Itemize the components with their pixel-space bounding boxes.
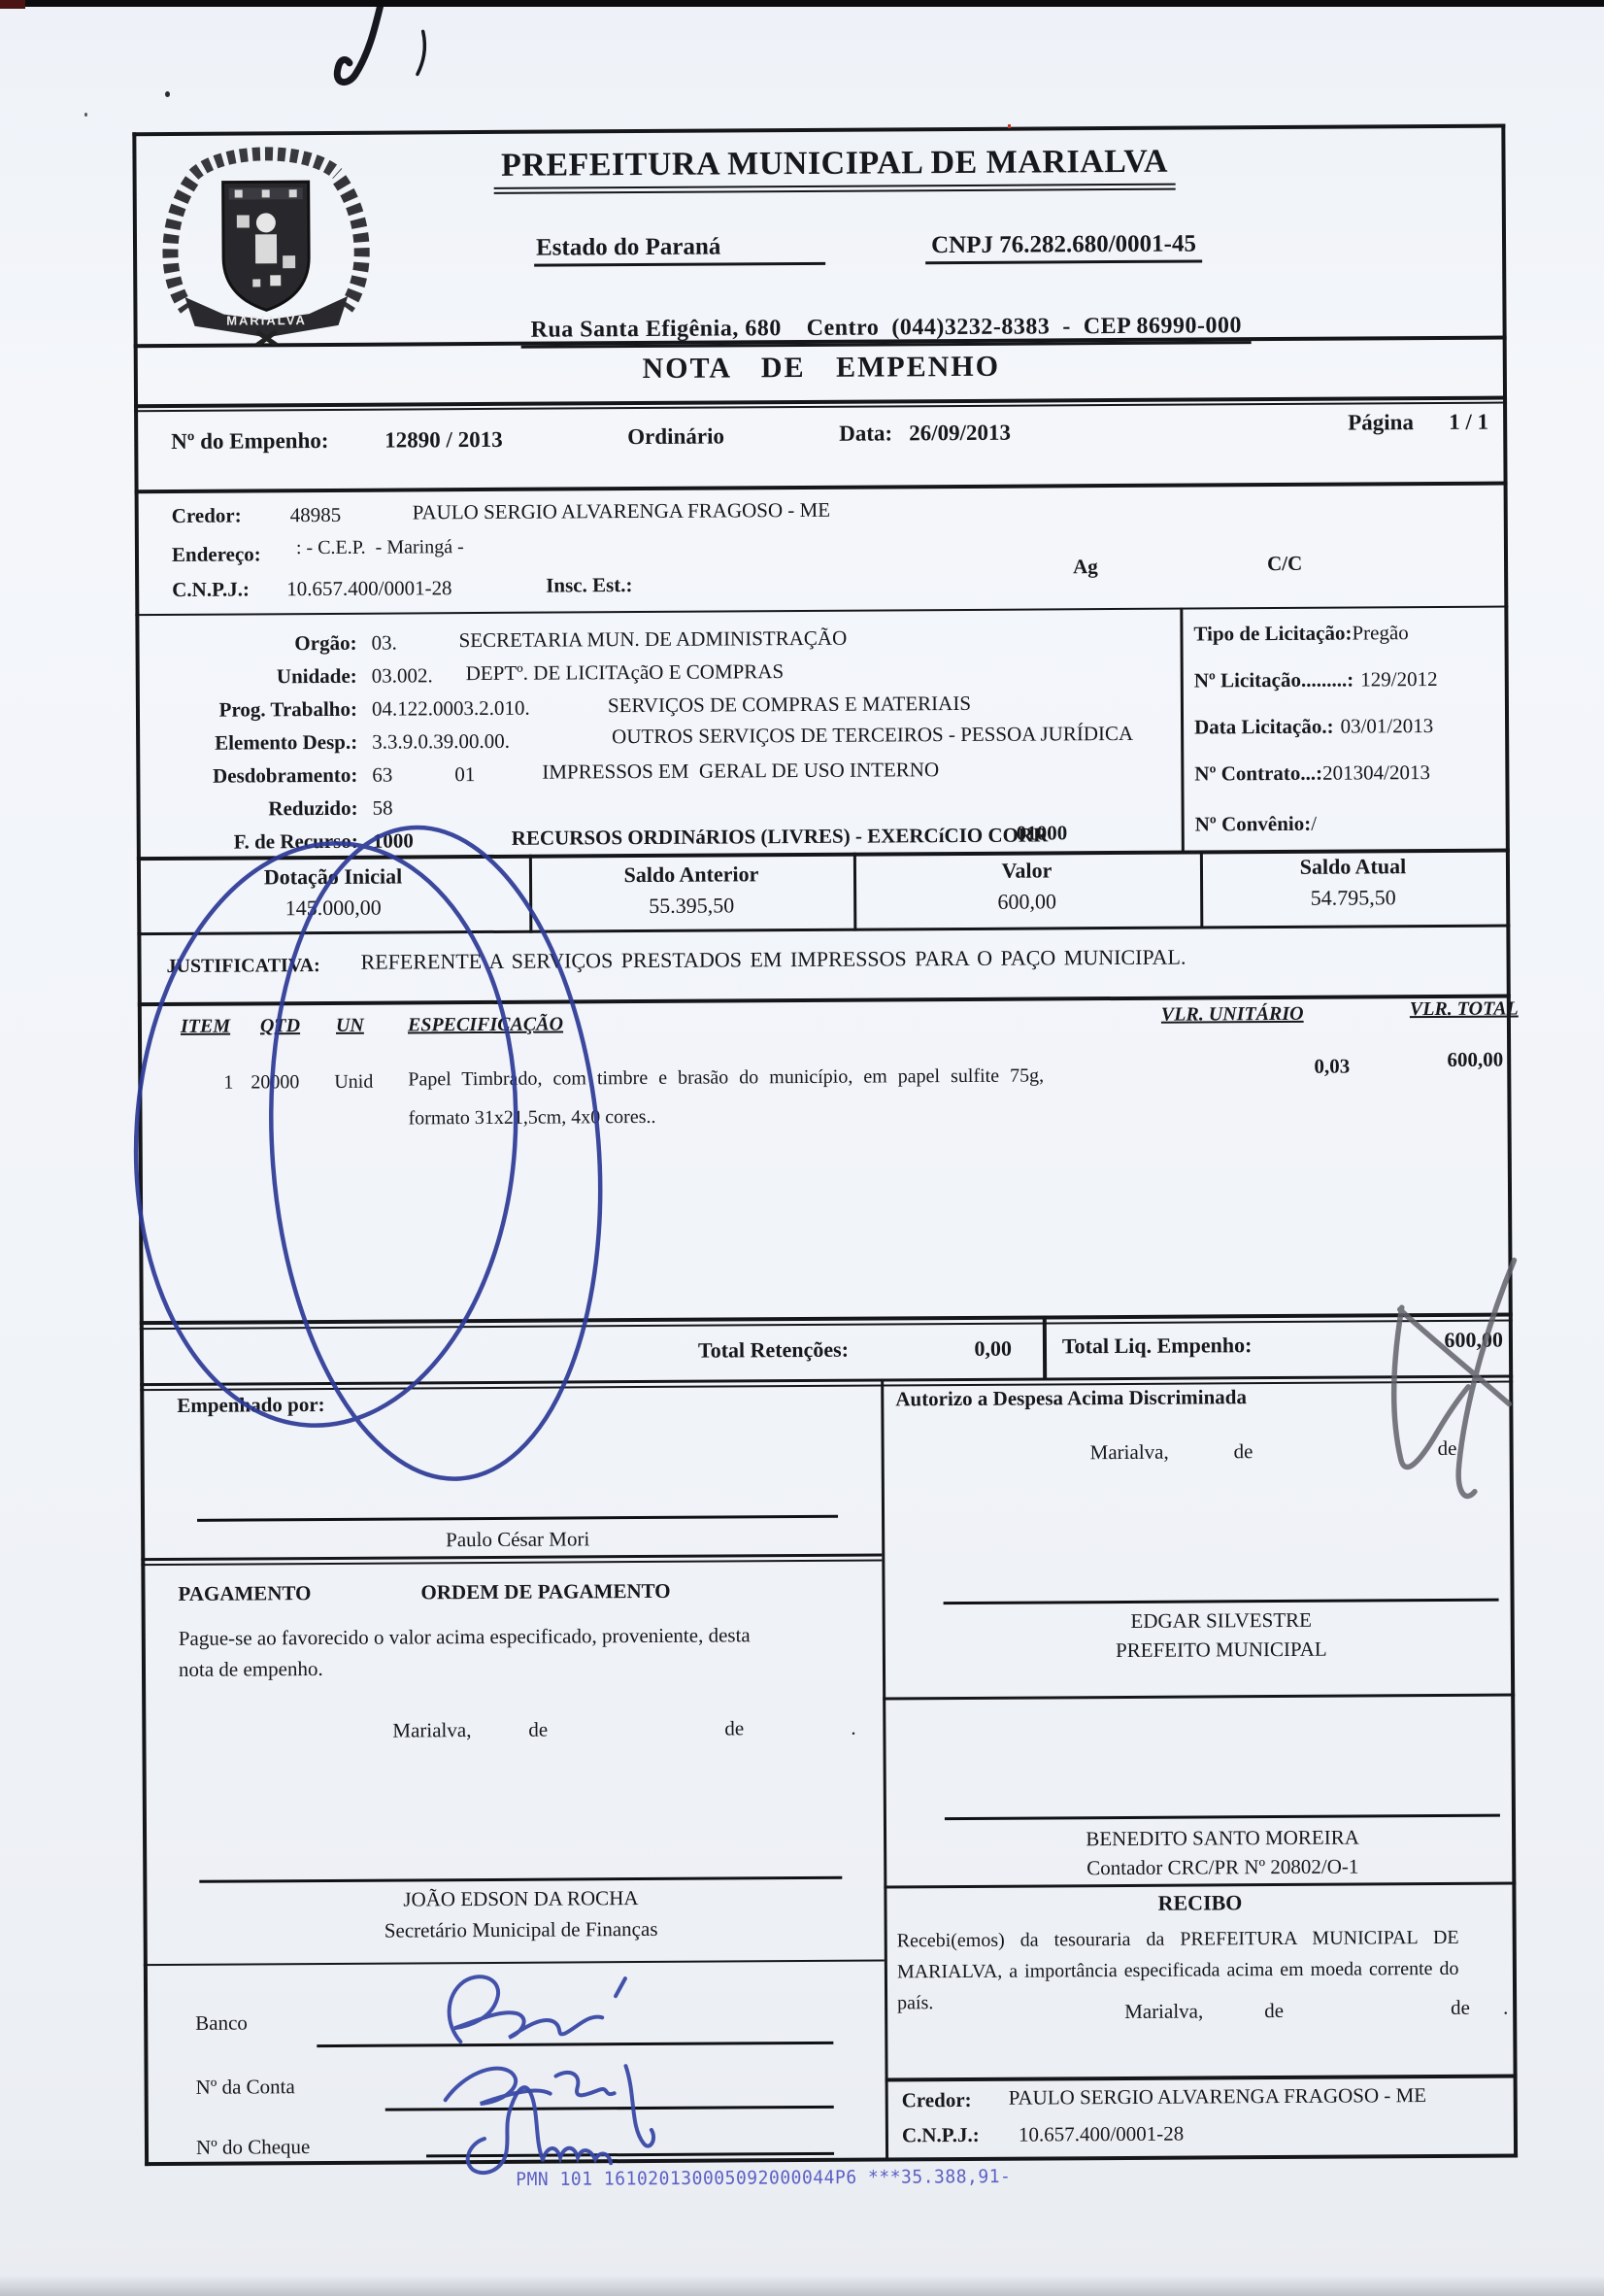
autorizo-city: Marialva, (1090, 1441, 1169, 1465)
signature-role-joao: Secretário Municipal de Finanças (200, 1917, 843, 1944)
item-un: Unid (334, 1071, 373, 1094)
banco-label: Banco (195, 2012, 248, 2036)
border-dotacao-bottom (137, 925, 1510, 936)
recibo-text-line2: MARIALVA, a importância especificada aci… (897, 1958, 1459, 1983)
convenio-label: Nº Convênio: (1195, 812, 1312, 836)
pen-mark-top (337, 6, 425, 82)
saldo-anterior-value: 55.395,50 (529, 894, 853, 920)
header-state: Estado do Paraná (534, 233, 826, 267)
elemento-desp-code: 3.3.9.0.39.00.00. (372, 730, 510, 754)
border-empenhado-bottom2 (141, 1560, 882, 1567)
contrato: 201304/2013 (1322, 760, 1430, 785)
recibo-de1: de (1264, 2000, 1284, 2023)
bank-machine-print: PMN 101 161020130005092000044P6 ***35.38… (516, 2166, 1011, 2190)
border-recibo-credor-top (886, 2075, 1518, 2082)
autorizo-de1: de (1234, 1440, 1253, 1464)
f-recurso-desc: RECURSOS ORDINáRIOS (LIVRES) - EXERCíCIO… (512, 824, 1049, 850)
border-left (132, 132, 149, 2166)
empenho-type: Ordinário (627, 423, 724, 449)
credor-label: Credor: (172, 505, 242, 528)
cc-label: C/C (1267, 553, 1302, 576)
contrato-row: Nº Contrato...:201304/2013 (1194, 761, 1430, 786)
item-vlr-unitario: 0,03 (1253, 1056, 1350, 1079)
total-liq-label: Total Liq. Empenho: (1062, 1334, 1253, 1359)
scan-speck (1008, 124, 1011, 128)
prog-trabalho-code: 04.122.0003.2.010. (372, 697, 530, 722)
scan-corner-artifact (0, 0, 25, 9)
signature-line-benedito (945, 1814, 1500, 1820)
licitacao-num-label: Nº Licitação.........: (1194, 668, 1354, 692)
signature-name-edgar: EDGAR SILVESTRE (944, 1608, 1499, 1635)
f-recurso-extra: 01000 (1017, 822, 1068, 845)
border-right (1501, 124, 1518, 2158)
justificativa-text: REFERENTE A SERVIÇOS PRESTADOS EM IMPRES… (360, 946, 1186, 975)
orgao-desc: SECRETARIA MUN. DE ADMINISTRAÇÃO (458, 627, 847, 653)
f-recurso-label: F. de Recurso: (145, 830, 358, 855)
header-state-text: Estado do Paraná (534, 233, 826, 267)
endereco-value: : - C.E.P. - Maringá - (296, 536, 464, 558)
signature-line-joao (199, 1876, 842, 1883)
border-credor-bottom (135, 606, 1508, 617)
recibo-dot: . (1503, 1997, 1508, 2020)
empenho-date-label: Data: (839, 421, 892, 446)
scanned-document: MARIALVA PREFEITURA MUNICIPAL DE MARIALV… (0, 0, 1604, 2296)
cheque-label: Nº do Cheque (196, 2136, 310, 2159)
col-vlr-unitario: VLR. UNITÁRIO (1161, 1003, 1304, 1026)
elemento-desp-label: Elemento Desp.: (144, 731, 357, 756)
border-banco-top (144, 1959, 885, 1966)
saldo-anterior-header: Saldo Anterior (529, 862, 853, 889)
signature-line-edgar (944, 1599, 1499, 1604)
cnpj-label: C.N.P.J.: (172, 578, 250, 601)
conta-line (385, 2106, 834, 2111)
ordem-pagamento-title: ORDEM DE PAGAMENTO (420, 1580, 670, 1604)
recibo-cnpj-label: C.N.P.J.: (902, 2124, 980, 2147)
border-contador-bottom (884, 1882, 1516, 1889)
header-cnpj: CNPJ 76.282.680/0001-45 (925, 230, 1202, 264)
signature-line-empenhado (197, 1515, 838, 1522)
prog-trabalho-desc: SERVIÇOS DE COMPRAS E MATERIAIS (608, 692, 971, 718)
licitacao-data-label: Data Licitação.: (1194, 715, 1334, 739)
recibo-cnpj-value: 10.657.400/0001-28 (1019, 2123, 1184, 2147)
divider-licitacao (1180, 608, 1185, 853)
signature-role-benedito: Contador CRC/PR Nº 20802/O-1 (945, 1855, 1500, 1881)
prog-trabalho-label: Prog. Trabalho: (144, 698, 357, 723)
item-qtd: 20000 (251, 1071, 299, 1094)
item-espec-line2: formato 31x21,5cm, 4x0 cores.. (408, 1106, 655, 1130)
elemento-desp-desc: OUTROS SERVIÇOS DE TERCEIROS - PESSOA JU… (612, 723, 1133, 749)
total-retencoes-label: Total Retenções: (585, 1338, 849, 1364)
banco-line (317, 2042, 833, 2047)
autorizo-de2: de (1438, 1437, 1457, 1461)
reduzido-label: Reduzido: (145, 797, 358, 822)
f-recurso-code: 1000 (373, 829, 414, 853)
page-number: 1 / 1 (1449, 410, 1488, 435)
pen-speck (165, 91, 170, 97)
contrato-label: Nº Contrato...: (1194, 761, 1322, 786)
unidade-desc: DEPTº. DE LICITAçãO E COMPRAS (466, 660, 785, 686)
coat-of-arms-banner-text: MARIALVA (226, 313, 307, 328)
convenio: / (1311, 812, 1317, 835)
pagamento-text-line2: nota de empenho. (179, 1658, 323, 1681)
empenho-date: 26/09/2013 (909, 421, 1011, 446)
endereco-label: Endereço: (172, 543, 261, 566)
signature-name-empenhado: Paulo César Mori (197, 1527, 838, 1554)
col-qtd: QTD (260, 1015, 300, 1037)
recibo-text-line3: país. (897, 1992, 933, 2014)
scan-bottom-edge (0, 2277, 1604, 2296)
dotacao-inicial-value: 145.000,00 (137, 895, 529, 922)
licitacao-num: 129/2012 (1353, 667, 1437, 692)
col-especificacao: ESPECIFICAÇÃO (408, 1014, 563, 1036)
recibo-text-line1: Recebi(emos) da tesouraria da PREFEITURA… (897, 1927, 1459, 1952)
handwritten-banco-entry (449, 1975, 625, 2042)
saldo-atual-value: 54.795,50 (1200, 886, 1506, 912)
licitacao-data: 03/01/2013 (1333, 714, 1433, 738)
border-autorizo-bottom (883, 1694, 1515, 1701)
signature-name-joao: JOÃO EDSON DA ROCHA (199, 1886, 842, 1913)
convenio-row: Nº Convênio:/ (1195, 813, 1318, 836)
recibo-credor-label: Credor: (902, 2089, 972, 2112)
recibo-city: Marialva, (1124, 2000, 1203, 2023)
page-number-label: Página (1348, 410, 1414, 435)
col-un: UN (336, 1015, 364, 1037)
pagamento-text-line1: Pague-se ao favorecido o valor acima esp… (179, 1624, 751, 1650)
desdobramento-label: Desdobramento: (144, 764, 357, 789)
divider-lower-columns (881, 1378, 888, 2157)
signature-name-benedito: BENEDITO SANTO MOREIRA (945, 1826, 1500, 1852)
reduzido-code: 58 (373, 797, 393, 821)
desdobramento-desc: IMPRESSOS EM GERAL DE USO INTERNO (542, 759, 939, 784)
col-item: ITEM (181, 1016, 230, 1038)
marialva-coat-of-arms: MARIALVA (154, 141, 377, 346)
pen-check-mark (1393, 1261, 1516, 1497)
document-title: NOTA DE EMPENHO (384, 349, 1258, 387)
unidade-label: Unidade: (144, 665, 357, 690)
unidade-code: 03.002. (372, 664, 433, 688)
scan-top-edge (0, 0, 1604, 7)
pagamento-title: PAGAMENTO (178, 1582, 311, 1605)
licitacao-data-row: Data Licitação.:03/01/2013 (1194, 715, 1433, 739)
saldo-atual-header: Saldo Atual (1200, 855, 1506, 881)
pagamento-de2: de (724, 1717, 744, 1740)
item-number: 1 (184, 1072, 233, 1095)
autorizo-title: Autorizo a Despesa Acima Discriminada (895, 1386, 1247, 1411)
divider-totais (1043, 1315, 1047, 1380)
conta-label: Nº da Conta (196, 2076, 295, 2099)
dotacao-inicial-header: Dotação Inicial (137, 864, 529, 891)
credor-code: 48985 (290, 504, 342, 527)
border-items-top (138, 995, 1511, 1007)
licitacao-tipo-row: Tipo de Licitação:Pregão (1193, 622, 1408, 646)
empenho-number: 12890 / 2013 (384, 427, 503, 453)
signature-role-edgar: PREFEITO MUNICIPAL (944, 1638, 1499, 1664)
orgao-code: 03. (371, 632, 396, 656)
ag-label: Ag (1073, 556, 1098, 579)
recibo-de2: de (1451, 1997, 1470, 2020)
valor-header: Valor (853, 858, 1200, 884)
credor-name: PAULO SERGIO ALVARENGA FRAGOSO - ME (413, 499, 831, 524)
licitacao-tipo-label: Tipo de Licitação: (1193, 622, 1352, 646)
orgao-label: Orgão: (143, 632, 356, 657)
justificativa-label: JUSTIFICATIVA: (167, 955, 320, 977)
total-liq-value: 600,00 (1381, 1329, 1503, 1353)
licitacao-tipo: Pregão (1352, 621, 1408, 644)
total-retencoes-value: 0,00 (913, 1337, 1012, 1362)
item-espec-line1: Papel Timbrado, com timbre e brasão do m… (408, 1064, 1044, 1090)
valor-value: 600,00 (853, 889, 1200, 915)
nota-de-empenho-form: MARIALVA PREFEITURA MUNICIPAL DE MARIALV… (0, 0, 1604, 2296)
border-empenho-bottom (135, 482, 1508, 494)
border-top (132, 124, 1505, 137)
insc-est-label: Insc. Est.: (546, 574, 632, 597)
pagamento-de1: de (528, 1719, 548, 1742)
item-vlr-total: 600,00 (1379, 1049, 1503, 1072)
col-vlr-total: VLR. TOTAL (1410, 997, 1519, 1020)
pen-speck (84, 113, 87, 117)
border-bottom (145, 2154, 1518, 2167)
recibo-title: RECIBO (884, 1890, 1516, 1918)
licitacao-num-row: Nº Licitação.........:129/2012 (1194, 668, 1438, 692)
cheque-line (426, 2152, 834, 2158)
pagamento-city: Marialva, (392, 1719, 471, 1742)
desdobramento-sub: 01 (454, 763, 475, 787)
page-title: PREFEITURA MUNICIPAL DE MARIALVA (383, 143, 1286, 195)
header-cnpj-text: CNPJ 76.282.680/0001-45 (925, 230, 1202, 264)
desdobramento-code: 63 (372, 764, 392, 788)
cnpj-value: 10.657.400/0001-28 (286, 577, 451, 601)
page-title-text: PREFEITURA MUNICIPAL DE MARIALVA (493, 144, 1176, 194)
empenhado-por-label: Empenhado por: (177, 1394, 324, 1417)
pagamento-dot: . (851, 1717, 855, 1740)
recibo-credor-value: PAULO SERGIO ALVARENGA FRAGOSO - ME (1009, 2084, 1427, 2110)
header-address-text: Rua Santa Efigênia, 680 Centro (044)3232… (520, 313, 1252, 348)
empenho-number-label: Nº do Empenho: (171, 428, 328, 455)
